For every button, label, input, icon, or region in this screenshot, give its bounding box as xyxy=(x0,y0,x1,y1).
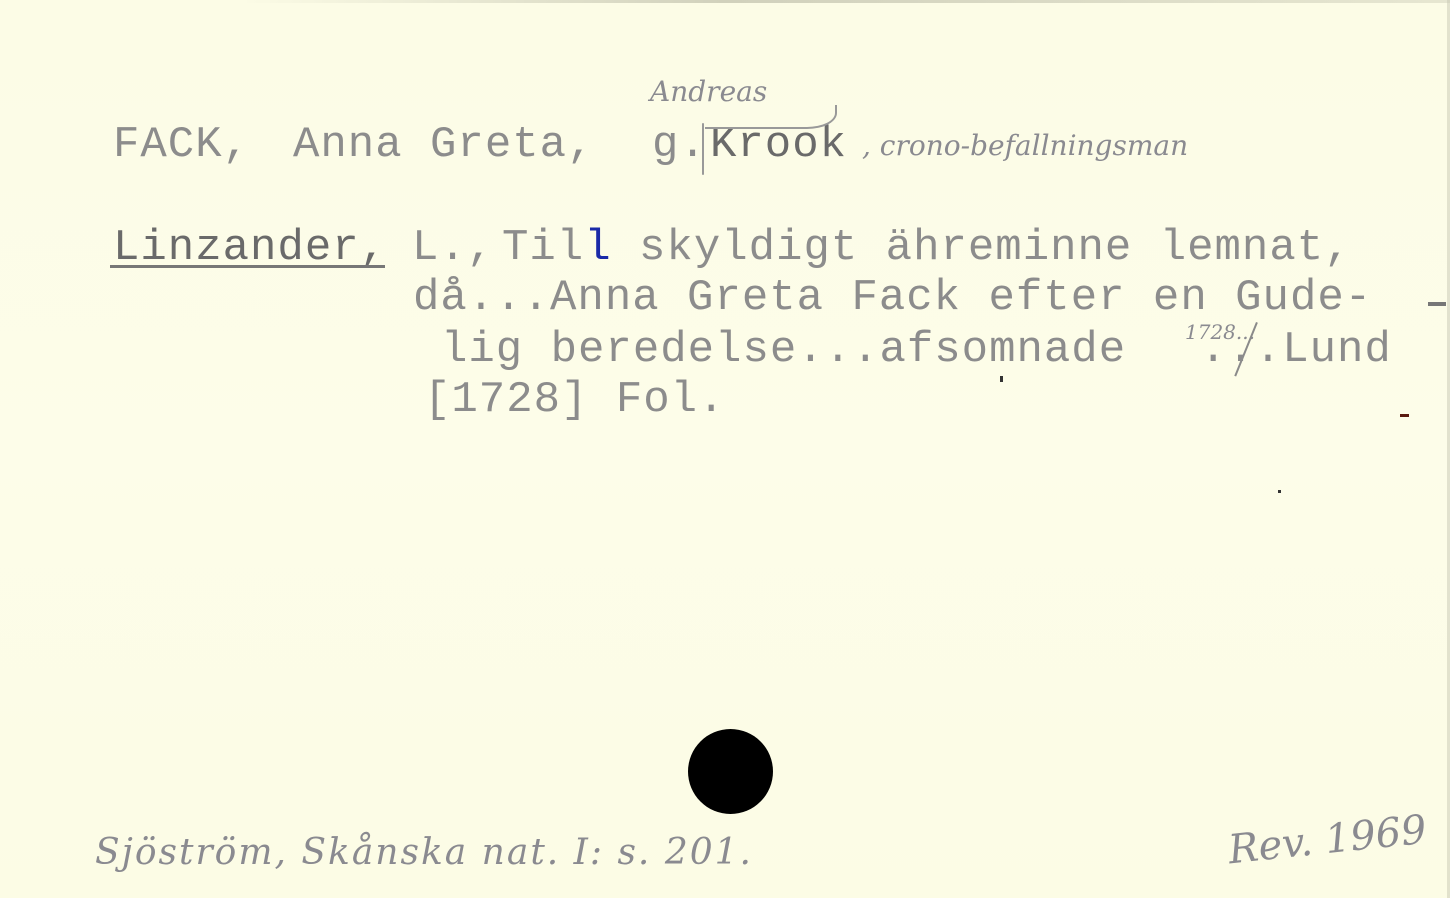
blue-ink-correction: l xyxy=(584,223,611,273)
entry-imprint: [1728] Fol. xyxy=(424,378,725,422)
insertion-bracket xyxy=(702,123,704,175)
title-line-1-prefix: Til xyxy=(502,223,584,273)
hyphen-mark xyxy=(1428,302,1446,306)
insertion-arc xyxy=(705,105,837,129)
heading-married-name: Krook xyxy=(710,123,847,167)
entry-title-line-1: Till skyldigt ähreminne lemnat, xyxy=(502,226,1352,270)
title-line-1-rest: skyldigt ähreminne lemnat, xyxy=(612,223,1352,273)
entry-title-line-2: då...Anna Greta Fack efter en Gude- xyxy=(413,276,1372,320)
source-reference: Sjöström, Skånska nat. I: s. 201. xyxy=(95,835,753,871)
entry-author-initial: L., xyxy=(412,226,494,270)
heading-surname: FACK, xyxy=(113,123,250,167)
heading-married-prefix: g. xyxy=(652,123,707,167)
catalog-card: FACK, Anna Greta, g. Krook Andreas , cro… xyxy=(0,0,1450,898)
red-ink-mark xyxy=(1400,414,1409,417)
annotation-husband-name: Andreas xyxy=(650,78,767,106)
entry-author: Linzander, xyxy=(113,226,387,270)
ink-speck xyxy=(1000,376,1003,382)
ink-speck xyxy=(1278,490,1281,493)
card-top-edge xyxy=(240,0,1450,3)
author-underline xyxy=(110,265,385,268)
entry-title-line-3b: ...Lund xyxy=(1200,328,1392,372)
revision-note: Rev. 1969 xyxy=(1226,810,1428,871)
punch-hole xyxy=(688,729,773,814)
annotation-husband-title: , crono-befallningsman xyxy=(862,132,1188,160)
entry-title-line-3a: lig beredelse...afsomnade xyxy=(441,328,1126,372)
heading-given-names: Anna Greta, xyxy=(293,123,594,167)
